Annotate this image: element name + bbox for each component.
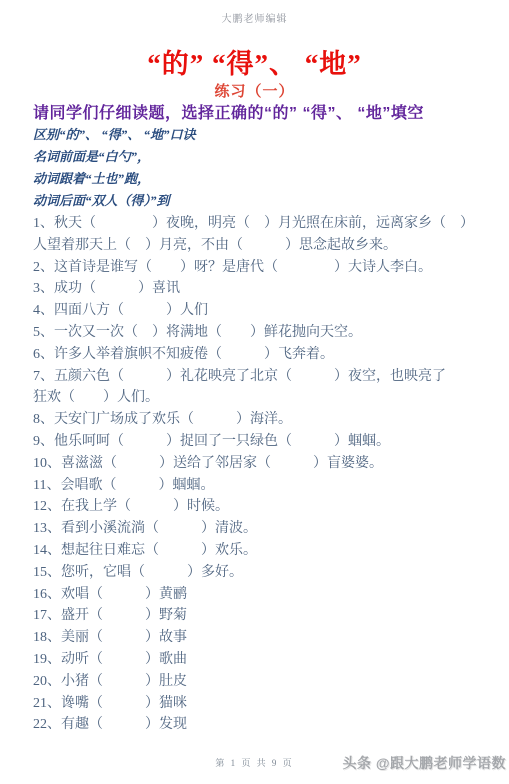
exercise-line: 16、欢唱（ ）黄鹂: [33, 584, 499, 606]
toutiao-watermark: 头条 @跟大鹏老师学语数: [342, 753, 506, 773]
exercise-line: 9、他乐呵呵（ ）捉回了一只绿色（ ）蝈蝈。: [33, 431, 499, 453]
exercise-line: 15、您听，它唱（ ）多好。: [33, 562, 499, 584]
exercise-line: 2、这首诗是谁写（ ）呀？是唐代（ ）大诗人李白。: [33, 257, 499, 279]
exercise-line: 人望着那天上（ ）月亮，不由（ ）思念起故乡来。: [33, 235, 499, 257]
mnemonic-block: 区别“的”、 “得”、 “地”口诀 名词前面是“白勺”， 动词跟着“土也”跑， …: [33, 124, 489, 212]
exercise-line: 7、五颜六色（ ）礼花映亮了北京（ ）夜空，也映亮了: [33, 366, 499, 388]
mnemonic-line: 动词后面“双人（得）”到: [33, 190, 489, 212]
exercise-line: 21、谗嘴（ ）猫咪: [33, 693, 499, 715]
instruction-text: 请同学们仔细读题，选择正确的“的” “得”、 “地”填空: [33, 100, 489, 123]
exercise-line: 18、美丽（ ）故事: [33, 627, 499, 649]
exercise-line: 5、一次又一次（ ）将满地（ ）鲜花抛向天空。: [33, 322, 499, 344]
exercise-line: 12、在我上学（ ）时候。: [33, 496, 499, 518]
mnemonic-heading: 区别“的”、 “得”、 “地”口诀: [33, 124, 489, 146]
exercise-line: 10、喜滋滋（ ）送给了邻居家（ ）盲婆婆。: [33, 453, 499, 475]
editor-note: 大鹏老师编辑: [0, 10, 509, 25]
exercise-line: 13、看到小溪流淌（ ）清波。: [33, 518, 499, 540]
exercise-line: 8、天安门广场成了欢乐（ ）海洋。: [33, 409, 499, 431]
mnemonic-line: 动词跟着“土也”跑，: [33, 168, 489, 190]
exercise-line: 3、成功（ ）喜讯: [33, 278, 499, 300]
exercise-line: 4、四面八方（ ）人们: [33, 300, 499, 322]
page-subtitle: 练习（一）: [0, 80, 509, 101]
exercise-line: 19、动听（ ）歌曲: [33, 649, 499, 671]
exercise-line: 狂欢（ ）人们。: [33, 387, 499, 409]
exercise-line: 11、会唱歌（ ）蝈蝈。: [33, 475, 499, 497]
page-title: “的” “得”、 “地”: [0, 42, 509, 81]
exercise-line: 17、盛开（ ）野菊: [33, 605, 499, 627]
exercise-line: 20、小猪（ ）肚皮: [33, 671, 499, 693]
exercise-line: 1、秋天（ ）夜晚，明亮（ ）月光照在床前，远离家乡（ ）: [33, 213, 499, 235]
exercise-line: 6、许多人举着旗帜不知疲倦（ ）飞奔着。: [33, 344, 499, 366]
exercise-line: 22、有趣（ ）发现: [33, 714, 499, 736]
worksheet-page: 大鹏老师编辑 “的” “得”、 “地” 练习（一） 请同学们仔细读题，选择正确的…: [0, 0, 509, 784]
mnemonic-line: 名词前面是“白勺”，: [33, 146, 489, 168]
exercise-list: 1、秋天（ ）夜晚，明亮（ ）月光照在床前，远离家乡（ ） 人望着那天上（ ）月…: [33, 213, 499, 736]
exercise-line: 14、想起往日难忘（ ）欢乐。: [33, 540, 499, 562]
